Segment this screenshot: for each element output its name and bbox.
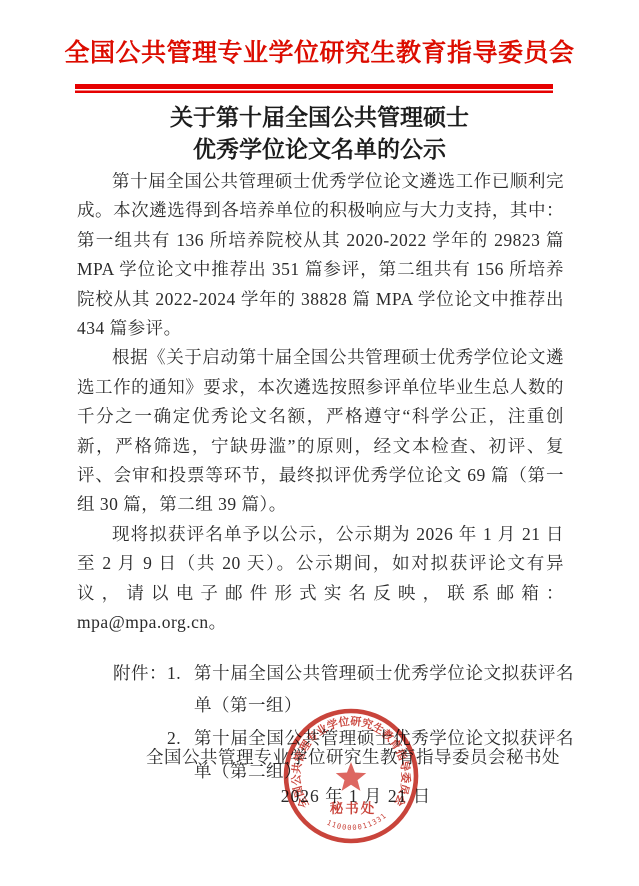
document-title-line1: 关于第十届全国公共管理硕士 [170, 105, 469, 130]
official-seal-stamp: 全国公共管理专业学位研究生教育指导委员会 秘书处 1100000113310 [281, 706, 421, 846]
seal-star-icon [336, 762, 366, 791]
document-page: 全国公共管理专业学位研究生教育指导委员会 关于第十届全国公共管理硕士 优秀学位论… [0, 0, 639, 886]
document-title: 关于第十届全国公共管理硕士 优秀学位论文名单的公示 [0, 102, 639, 166]
document-title-line2: 优秀学位论文名单的公示 [193, 137, 446, 162]
paragraph-selection-process: 根据《关于启动第十届全国公共管理硕士优秀学位论文遴选工作的通知》要求，本次遴选按… [77, 343, 564, 519]
attachment-1-number: 1. [167, 657, 194, 723]
paragraph-publicity-period: 现将拟获评名单予以公示，公示期为 2026 年 1 月 21 日至 2 月 9 … [77, 520, 564, 638]
document-body: 第十届全国公共管理硕士优秀学位论文遴选工作已顺利完成。本次遴选得到各培养单位的积… [77, 167, 564, 788]
seal-center-label: 秘书处 [330, 800, 377, 816]
paragraph-selection-overview: 第十届全国公共管理硕士优秀学位论文遴选工作已顺利完成。本次遴选得到各培养单位的积… [77, 167, 564, 343]
issuing-org-header: 全国公共管理专业学位研究生教育指导委员会 [0, 33, 639, 69]
header-divider-rule [75, 84, 553, 93]
